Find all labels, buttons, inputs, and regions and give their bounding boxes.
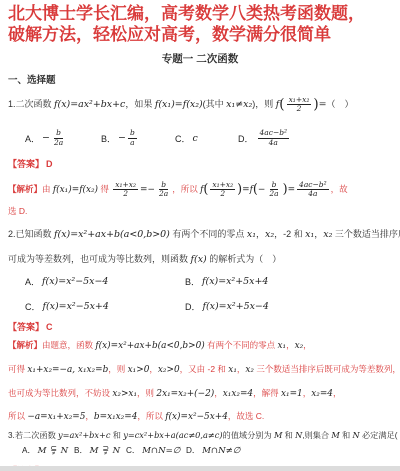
option-content: M∩N≠∅ xyxy=(202,446,240,456)
option-content: M ⊇≠ N xyxy=(90,445,121,457)
option-letter: A． xyxy=(25,132,40,145)
doc-title-line2: 破解方法，轻松应对高考，数学满分很简单 xyxy=(8,24,392,45)
option-letter: D． xyxy=(185,301,201,313)
question-3-option-d: D．M∩N≠∅ xyxy=(186,445,240,457)
doc-title: 北大博士学长汇编，高考数学八类热考函数题， 破解方法，轻松应对高考，数学满分很简… xyxy=(8,0,392,45)
option-letter: B． xyxy=(185,276,200,288)
question-1-option-d: D．4ac−b²4a xyxy=(238,129,291,147)
option-letter: C． xyxy=(175,132,191,145)
question-2-option-c: C．f(x)=x²−5x+4 xyxy=(25,300,185,313)
topic-title: 专题一 二次函数 xyxy=(8,53,392,66)
answer-label: 【答案】 xyxy=(8,159,44,169)
question-2-option-d: D．f(x)=x²+5x−4 xyxy=(185,300,392,313)
question-2-option-b: B．f(x)=x²+5x+4 xyxy=(185,275,392,288)
question-3-option-c: C．M∩N=∅ xyxy=(126,445,186,457)
answer-line-1: 【答案】D xyxy=(8,159,392,170)
answer-value: D xyxy=(46,159,53,169)
question-2-stem-line-1: 2.已知函数 f(x)=x²+ax+b(a<0,b>0) 有两个不同的零点 x₁… xyxy=(8,228,392,241)
analysis-1-line-1: 【解析】由 f(x₁)=f(x₂) 得 x₁+x₂2=−b2a，所以 f(x₁+… xyxy=(8,176,392,202)
option-letter: A． xyxy=(22,446,36,456)
question-1-stem: 1.二次函数 f(x)=ax²+bx+c，如果 f(x₁)=f(x₂)(其中 x… xyxy=(8,91,392,117)
question-3-stem: 3.若二次函数 y=ax²+bx+c 和 y=cx²+bx+a(ac≠0,a≠c… xyxy=(8,430,392,441)
question-2-option-a: A．f(x)=x²−5x−4 xyxy=(25,275,185,288)
option-content: −ba xyxy=(118,129,139,147)
option-letter: D． xyxy=(238,132,254,145)
option-letter: D． xyxy=(186,446,200,456)
doc-title-line1: 北大博士学长汇编，高考数学八类热考函数题， xyxy=(8,3,392,24)
option-content: f(x)=x²+5x−4 xyxy=(203,300,269,313)
section-heading: 一、选择题 xyxy=(8,75,392,86)
question-2-options: A．f(x)=x²−5x−4 B．f(x)=x²+5x+4 C．f(x)=x²−… xyxy=(8,275,392,313)
option-content: c xyxy=(193,133,198,144)
option-content: M ⊆≠ N xyxy=(38,445,69,457)
question-3-option-a: A．M ⊆≠ N xyxy=(22,445,74,457)
analysis-2-line-3: 也可成为等比数列，不妨设 x₂>x₁，则 2x₁=x₂+(−2)，x₁x₂=4，… xyxy=(8,388,392,400)
analysis-1-line-2: 选 D. xyxy=(8,206,392,217)
option-content: 4ac−b²4a xyxy=(256,129,292,147)
option-letter: C． xyxy=(25,301,41,313)
question-3-option-b: B．M ⊇≠ N xyxy=(74,445,126,457)
option-letter: A． xyxy=(25,276,40,288)
option-content: f(x)=x²−5x−4 xyxy=(42,275,108,288)
question-1-option-a: A．−b2a xyxy=(25,129,101,147)
option-content: −b2a xyxy=(42,129,67,147)
option-content: M∩N=∅ xyxy=(142,446,180,456)
analysis-2-line-1: 【解析】由题意，函数 f(x)=x²+ax+b(a<0,b>0) 有两个不同的零… xyxy=(8,340,392,352)
analysis-2-line-2: 可得 x₁+x₂=−a, x₁x₂=b，则 x₁>0，x₂>0，又由 -2 和 … xyxy=(8,364,392,376)
question-1-option-b: B．−ba xyxy=(101,129,175,147)
option-letter: B． xyxy=(101,132,116,145)
document-page: 北大博士学长汇编，高考数学八类热考函数题， 破解方法，轻松应对高考，数学满分很简… xyxy=(0,0,400,471)
question-1-option-c: C．c xyxy=(175,132,238,145)
question-1-options: A．−b2a B．−ba C．c D．4ac−b²4a xyxy=(8,126,392,150)
question-3-options: A．M ⊆≠ N B．M ⊇≠ N C．M∩N=∅ D．M∩N≠∅ xyxy=(8,445,392,457)
option-content: f(x)=x²−5x+4 xyxy=(43,300,109,313)
page-bottom-edge xyxy=(0,466,400,471)
option-letter: B． xyxy=(74,446,88,456)
answer-value: C xyxy=(46,322,53,332)
analysis-2-line-4: 所以 −a=x₁+x₂=5，b=x₁x₂=4，所以 f(x)=x²−5x+4，故… xyxy=(8,411,392,423)
answer-label: 【答案】 xyxy=(8,322,44,332)
option-letter: C． xyxy=(126,446,140,456)
question-2-stem-line-2: 可成为等差数列，也可成为等比数列，则函数 f(x) 的解析式为（ ） xyxy=(8,253,392,266)
option-content: f(x)=x²+5x+4 xyxy=(202,275,268,288)
answer-line-2: 【答案】C xyxy=(8,322,392,333)
